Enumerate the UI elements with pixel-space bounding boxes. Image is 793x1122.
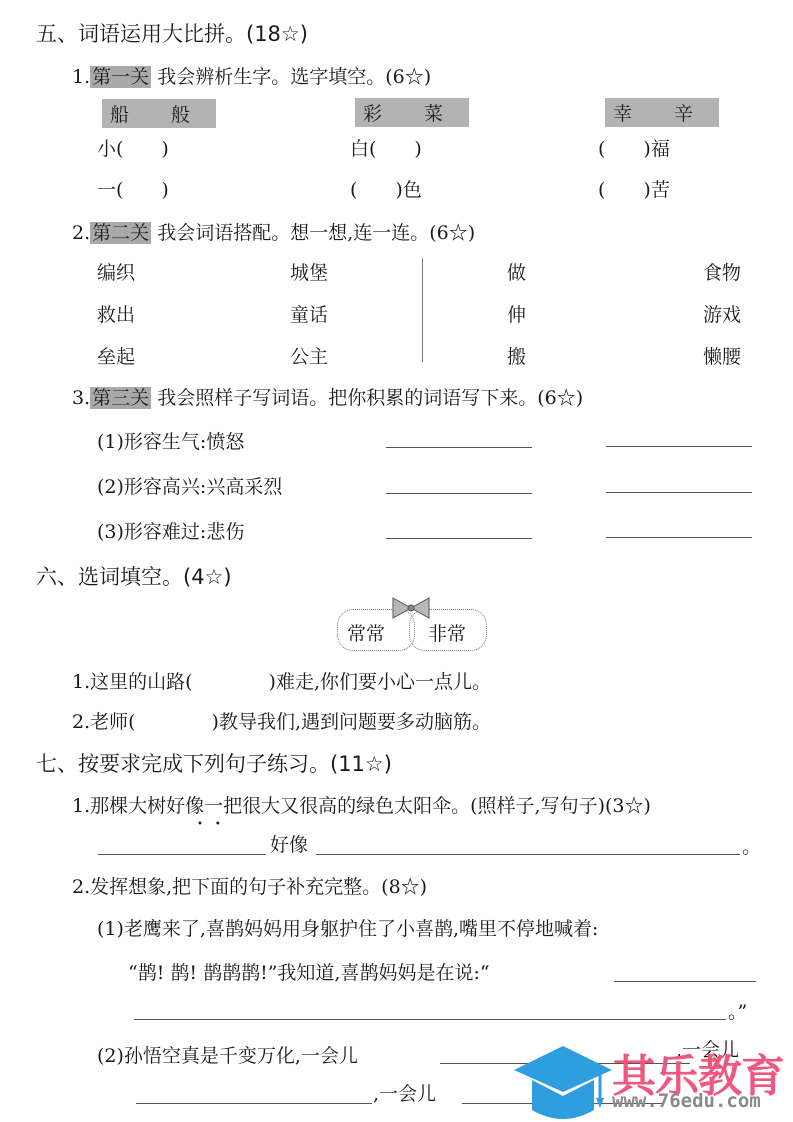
section-7-title: 七、按要求完成下列句子练习。(11☆)	[36, 748, 392, 778]
answer-line[interactable]	[606, 446, 752, 447]
section-5-title: 五、词语运用大比拼。(18☆)	[36, 18, 308, 48]
match-word[interactable]: 懒腰	[703, 342, 741, 369]
level-tag: 第二关	[90, 222, 151, 244]
answer-line[interactable]	[386, 447, 532, 448]
q7-1-mid: 好像	[270, 830, 308, 857]
q7-1-text: 1.那棵大树好像一把很大又很高的绿色太阳伞。(照样子,写句子)(3☆)	[72, 791, 651, 818]
word-option: 非常	[428, 619, 466, 646]
q7-2-p1-line1: (1)老鹰来了,喜鹊妈妈用身躯护住了小喜鹊,嘴里不停地喊着:	[97, 914, 598, 941]
graduation-cap-icon	[508, 1040, 618, 1122]
q7-2-p2-line2-mid: ,一会儿	[373, 1079, 436, 1106]
match-word[interactable]: 垒起	[97, 342, 135, 369]
example-item: (2)形容高兴:兴高采烈	[97, 472, 282, 499]
answer-line[interactable]	[316, 854, 740, 855]
match-word[interactable]: 童话	[290, 300, 328, 327]
blank-item[interactable]: ( )福	[598, 134, 670, 161]
q-number: 1.	[72, 66, 90, 88]
match-word[interactable]: 食物	[703, 258, 741, 285]
q5-2-heading: 2.第二关 我会词语搭配。想一想,连一连。(6☆)	[72, 218, 475, 245]
blank-item[interactable]: ( )色	[350, 175, 422, 202]
blank-item[interactable]: 小( )	[97, 134, 169, 161]
level-tag: 第一关	[90, 66, 151, 88]
q-number: 2.	[72, 222, 90, 244]
answer-line[interactable]	[136, 1103, 372, 1104]
char-pair-3: 幸 辛	[605, 98, 719, 127]
char-pair-2: 彩 菜	[355, 98, 469, 127]
q-text: 我会辨析生字。选字填空。(6☆)	[151, 66, 431, 88]
blank-item[interactable]: 白( )	[350, 134, 422, 161]
q7-2-text: 2.发挥想象,把下面的句子补充完整。(8☆)	[72, 872, 427, 899]
fill-sentence[interactable]: 1.这里的山路( )难走,你们要小心一点儿。	[72, 667, 491, 694]
emphasis-dots: ••	[197, 819, 233, 830]
divider	[422, 258, 423, 362]
q7-2-p2-line1: (2)孙悟空真是千变万化,一会儿	[97, 1041, 358, 1068]
q7-2-p1-line2: “鹊! 鹊! 鹊鹊鹊!”我知道,喜鹊妈妈是在说:“	[128, 958, 490, 985]
example-item: (3)形容难过:悲伤	[97, 517, 244, 544]
level-tag: 第三关	[90, 387, 151, 409]
q-number: 3.	[72, 387, 90, 409]
answer-line[interactable]	[614, 981, 756, 982]
q5-3-heading: 3.第三关 我会照样子写词语。把你积累的词语写下来。(6☆)	[72, 383, 583, 410]
blank-item[interactable]: 一( )	[97, 175, 169, 202]
q-text: 我会照样子写词语。把你积累的词语写下来。(6☆)	[151, 387, 583, 409]
q-text: 我会词语搭配。想一想,连一连。(6☆)	[151, 222, 475, 244]
match-word[interactable]: 救出	[97, 300, 135, 327]
watermark-url: www.76edu.com	[612, 1090, 761, 1112]
answer-line[interactable]	[606, 537, 752, 538]
answer-line[interactable]	[134, 1019, 726, 1020]
q7-2-p1-end: 。”	[728, 997, 747, 1024]
match-word[interactable]: 城堡	[290, 258, 328, 285]
match-word[interactable]: 编织	[97, 258, 135, 285]
q5-1-heading: 1.第一关 我会辨析生字。选字填空。(6☆)	[72, 62, 431, 89]
match-word[interactable]: 公主	[290, 342, 328, 369]
blank-item[interactable]: ( )苦	[598, 175, 670, 202]
section-6-title: 六、选词填空。(4☆)	[36, 561, 232, 591]
word-option: 常常	[347, 619, 385, 646]
bow-icon	[390, 595, 432, 621]
match-word[interactable]: 伸	[507, 300, 526, 327]
answer-line[interactable]	[98, 854, 266, 855]
match-word[interactable]: 做	[507, 258, 526, 285]
char-pair-1: 船 般	[102, 99, 216, 128]
match-word[interactable]: 游戏	[703, 300, 741, 327]
example-item: (1)形容生气:愤怒	[97, 427, 244, 454]
match-word[interactable]: 搬	[507, 342, 526, 369]
answer-line[interactable]	[386, 493, 532, 494]
fill-sentence[interactable]: 2.老师( )教导我们,遇到问题要多动脑筋。	[72, 707, 491, 734]
answer-line[interactable]	[606, 492, 752, 493]
q7-1-end: 。	[742, 832, 761, 859]
answer-line[interactable]	[386, 538, 532, 539]
